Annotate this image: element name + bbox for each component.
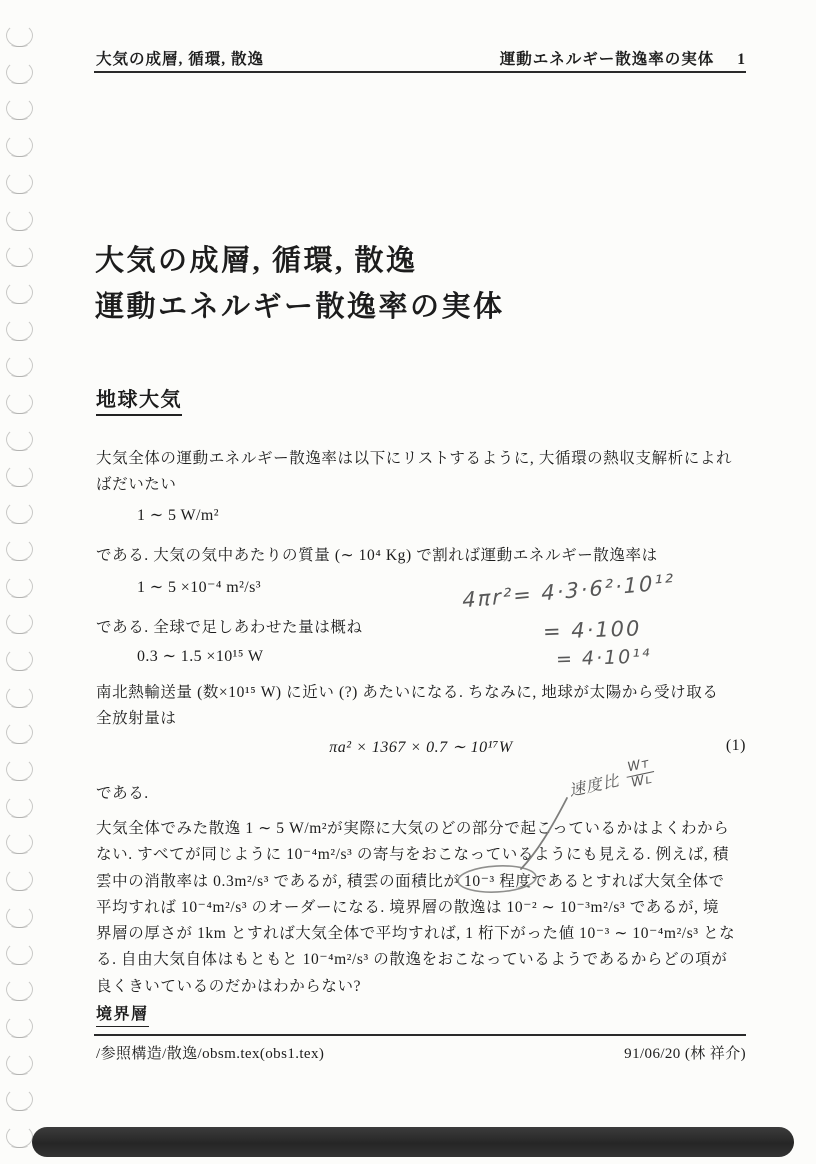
document-title: 大気の成層, 循環, 散逸 運動エネルギー散逸率の実体 [95, 238, 505, 330]
paragraph-1: 大気全体の運動エネルギー散逸率は以下にリストするように, 大循環の熱収支解析によ… [96, 446, 754, 499]
binding-hole [6, 611, 33, 634]
paragraph-1-line1: 大気全体の運動エネルギー散逸率は以下にリストするように, 大循環の熱収支解析によ… [96, 446, 754, 472]
footer-date-author: 91/06/20 (林 祥介) [624, 1042, 746, 1063]
binding-hole [6, 391, 33, 414]
paragraph-4-line1: 南北熱輸送量 (数×10¹⁵ W) に近い (?) あたいになる. ちなみに, … [96, 680, 754, 706]
subsection-heading: 境界層 [96, 1001, 149, 1027]
binding-hole [6, 1052, 33, 1075]
document-title-line2: 運動エネルギー散逸率の実体 [95, 284, 505, 330]
paragraph-1-line2: ばだいたい [96, 472, 754, 498]
binding-hole [6, 1088, 33, 1111]
handwritten-calc-line3: = 4·10¹⁴ [556, 645, 652, 670]
paragraph-3: である. 全球で足しあわせた量は概ね [96, 615, 754, 641]
binding-hole [6, 97, 33, 120]
binding-hole [6, 1125, 33, 1148]
binding-hole [6, 978, 33, 1001]
binding-holes [6, 0, 36, 1164]
paragraph-6: 大気全体でみた散逸 1 ∼ 5 W/m²が実際に大気のどの部分で起こっているかは… [96, 816, 754, 1000]
handwritten-calc-line1: 4πr²= 4·3·6²·10¹² [462, 570, 675, 613]
binding-hole [6, 464, 33, 487]
handwritten-note-label: 速度比 [567, 768, 622, 801]
binding-hole [6, 318, 33, 341]
handwritten-fraction: Wᴛ Wʟ [623, 756, 657, 792]
page-footer: /参照構造/散逸/obsm.tex(obs1.tex) 91/06/20 (林 … [96, 1042, 746, 1063]
section-heading: 地球大気 [96, 383, 182, 416]
paragraph-2: である. 大気の気中あたりの質量 (∼ 10⁴ Kg) で割れば運動エネルギー散… [96, 543, 754, 569]
document-title-line1: 大気の成層, 循環, 散逸 [95, 238, 505, 284]
binding-hole [6, 244, 33, 267]
page-number: 1 [737, 51, 746, 69]
formula-dissipation-rate: 1 ∼ 5 W/m² [137, 505, 219, 525]
paragraph-6-line7: 良くきいているのだかはわからない? [96, 974, 754, 1000]
page-header: 大気の成層, 循環, 散逸 運動エネルギー散逸率の実体 1 [96, 47, 746, 69]
binding-hole [6, 648, 33, 671]
binding-hole [6, 281, 33, 304]
binding-hole [6, 171, 33, 194]
binding-hole [6, 208, 33, 231]
header-right-title: 運動エネルギー散逸率の実体 [500, 47, 715, 69]
scan-edge-artifact [32, 1127, 794, 1157]
paragraph-4: 南北熱輸送量 (数×10¹⁵ W) に近い (?) あたいになる. ちなみに, … [96, 680, 754, 733]
binding-hole [6, 1015, 33, 1038]
binding-hole [6, 134, 33, 157]
equation-1: πa² × 1367 × 0.7 ∼ 10¹⁷W (1) [96, 737, 746, 757]
equation-1-number: (1) [726, 737, 746, 755]
binding-hole [6, 61, 33, 84]
binding-hole [6, 501, 33, 524]
binding-hole [6, 905, 33, 928]
binding-hole [6, 758, 33, 781]
paragraph-6-line6: る. 自由大気自体はもともと 10⁻⁴m²/s³ の散逸をおこなっているようであ… [96, 947, 754, 973]
binding-hole [6, 685, 33, 708]
binding-hole [6, 354, 33, 377]
footer-rule [94, 1034, 746, 1036]
binding-hole [6, 24, 33, 47]
paragraph-6-line1: 大気全体でみた散逸 1 ∼ 5 W/m²が実際に大気のどの部分で起こっているかは… [96, 816, 754, 842]
binding-hole [6, 942, 33, 965]
binding-hole [6, 538, 33, 561]
scanned-page: 大気の成層, 循環, 散逸 運動エネルギー散逸率の実体 1 大気の成層, 循環,… [0, 0, 816, 1164]
formula-global-total: 0.3 ∼ 1.5 ×10¹⁵ W [137, 646, 263, 666]
paragraph-6-line5: 界層の厚さが 1km とすれば大気全体で平均すれば, 1 桁下がった値 10⁻³… [96, 921, 754, 947]
binding-hole [6, 721, 33, 744]
formula-per-mass: 1 ∼ 5 ×10⁻⁴ m²/s³ [137, 577, 261, 597]
binding-hole [6, 428, 33, 451]
binding-hole [6, 831, 33, 854]
handwritten-calc-line2: = 4·100 [543, 616, 642, 643]
paragraph-6-line2: ない. すべてが同じように 10⁻⁴m²/s³ の寄与をおこなっているようにも見… [96, 842, 754, 868]
equation-1-body: πa² × 1367 × 0.7 ∼ 10¹⁷W [329, 739, 513, 756]
footer-file-path: /参照構造/散逸/obsm.tex(obs1.tex) [96, 1042, 324, 1063]
binding-hole [6, 795, 33, 818]
paragraph-6-line4: 平均すれば 10⁻⁴m²/s³ のオーダーになる. 境界層の散逸は 10⁻² ∼… [96, 895, 754, 921]
header-rule [94, 71, 746, 73]
header-left-title: 大気の成層, 循環, 散逸 [96, 47, 264, 69]
paragraph-6-line3: 雲中の消散率は 0.3m²/s³ であるが, 積雲の面積比が 10⁻³ 程度であ… [96, 869, 754, 895]
binding-hole [6, 575, 33, 598]
header-right-group: 運動エネルギー散逸率の実体 1 [500, 47, 746, 69]
binding-hole [6, 868, 33, 891]
paragraph-4-line2: 全放射量は [96, 706, 754, 732]
